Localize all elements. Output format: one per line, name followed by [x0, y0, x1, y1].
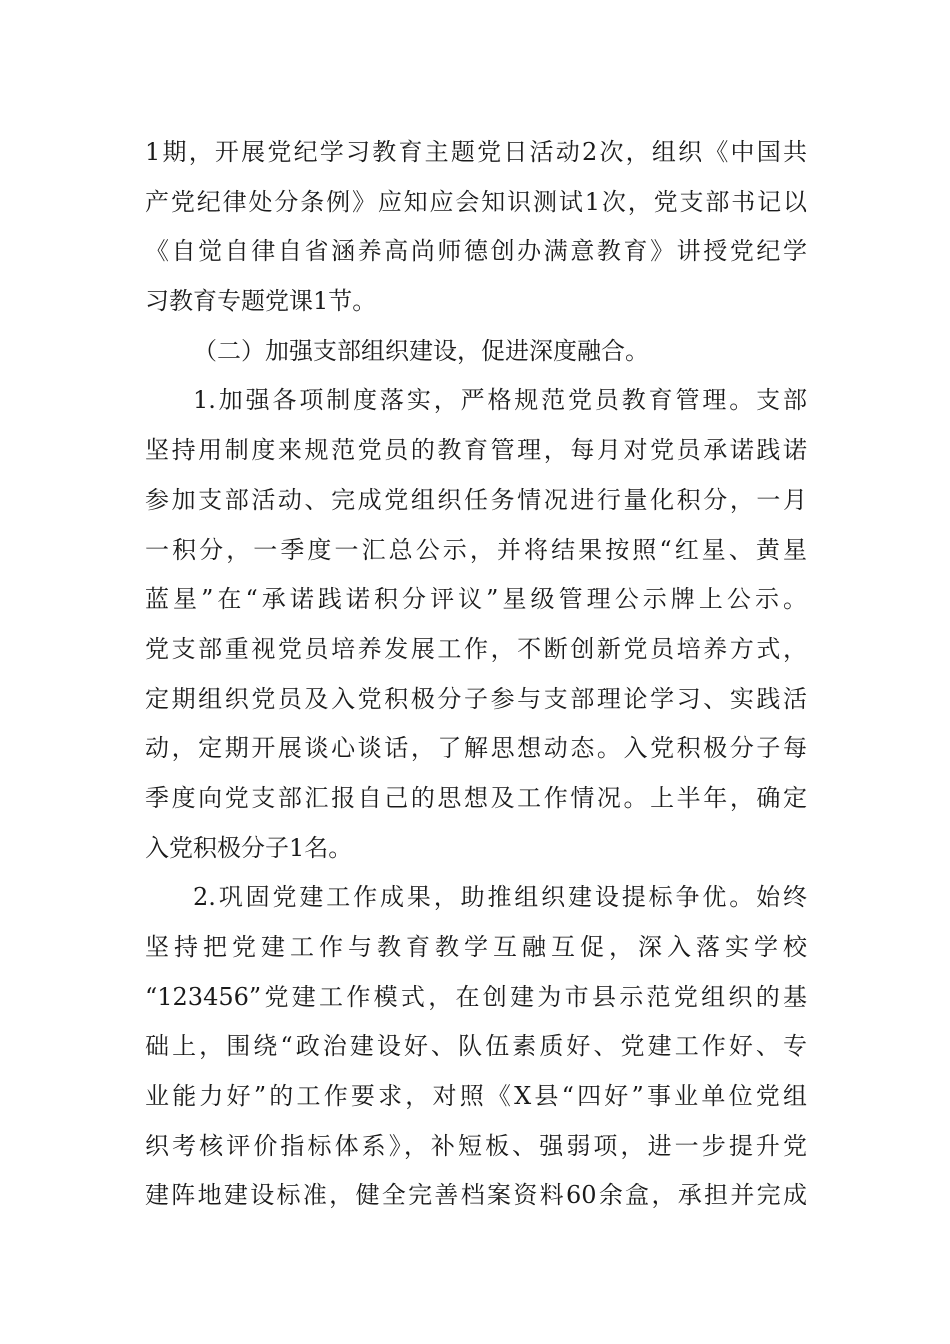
- text-line: 一积分，一季度一汇总公示，并将结果按照“红星、黄星: [145, 526, 807, 576]
- section-heading: （二）加强支部组织建设，促进深度融合。: [145, 327, 807, 377]
- text-line: 习教育专题党课1节。: [145, 277, 807, 327]
- text-line: 织考核评价指标体系》，补短板、强弱项，进一步提升党: [145, 1122, 807, 1172]
- text-line: 2.巩固党建工作成果，助推组织建设提标争优。始终: [145, 873, 807, 923]
- heading-text: （二）加强支部组织建设，促进深度融合。: [145, 327, 807, 377]
- text-line: 季度向党支部汇报自己的思想及工作情况。上半年，确定: [145, 774, 807, 824]
- text-line: 产党纪律处分条例》应知应会知识测试1次，党支部书记以: [145, 178, 807, 228]
- text-line: 坚持把党建工作与教育教学互融互促，深入落实学校: [145, 923, 807, 973]
- paragraph-item-1: 1.加强各项制度落实，严格规范党员教育管理。支部 坚持用制度来规范党员的教育管理…: [145, 376, 807, 873]
- text-line: 蓝星”在“承诺践诺积分评议”星级管理公示牌上公示。: [145, 575, 807, 625]
- text-line: 《自觉自律自省涵养高尚师德创办满意教育》讲授党纪学: [145, 227, 807, 277]
- text-line: 业能力好”的工作要求，对照《X县“四好”事业单位党组: [145, 1072, 807, 1122]
- text-line: 参加支部活动、完成党组织任务情况进行量化积分，一月: [145, 476, 807, 526]
- text-line: 动，定期开展谈心谈话，了解思想动态。入党积极分子每: [145, 724, 807, 774]
- text-line: “123456”党建工作模式，在创建为市县示范党组织的基: [145, 973, 807, 1023]
- paragraph-item-2: 2.巩固党建工作成果，助推组织建设提标争优。始终 坚持把党建工作与教育教学互融互…: [145, 873, 807, 1221]
- paragraph-continuation: 1期，开展党纪学习教育主题党日活动2次，组织《中国共 产党纪律处分条例》应知应会…: [145, 128, 807, 327]
- text-line: 1期，开展党纪学习教育主题党日活动2次，组织《中国共: [145, 128, 807, 178]
- text-line: 础上，围绕“政治建设好、队伍素质好、党建工作好、专: [145, 1022, 807, 1072]
- text-line: 建阵地建设标准，健全完善档案资料60余盒，承担并完成: [145, 1171, 807, 1221]
- text-line: 入党积极分子1名。: [145, 824, 807, 874]
- text-line: 坚持用制度来规范党员的教育管理，每月对党员承诺践诺: [145, 426, 807, 476]
- text-line: 1.加强各项制度落实，严格规范党员教育管理。支部: [145, 376, 807, 426]
- text-line: 党支部重视党员培养发展工作，不断创新党员培养方式，: [145, 625, 807, 675]
- text-line: 定期组织党员及入党积极分子参与支部理论学习、实践活: [145, 675, 807, 725]
- document-page: 1期，开展党纪学习教育主题党日活动2次，组织《中国共 产党纪律处分条例》应知应会…: [145, 128, 807, 1221]
